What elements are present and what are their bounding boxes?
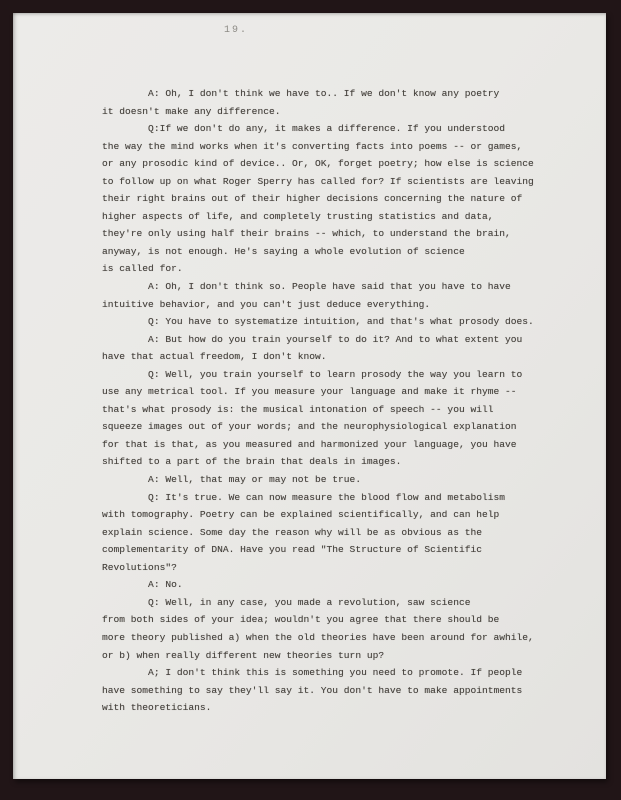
- page-number: 19.: [224, 25, 248, 36]
- document-page: 19. A: Oh, I don't think we have to.. If…: [13, 13, 606, 779]
- typed-text: A: Oh, I don't think we have to.. If we …: [102, 85, 534, 717]
- photo-mat: 19. A: Oh, I don't think we have to.. If…: [0, 0, 621, 800]
